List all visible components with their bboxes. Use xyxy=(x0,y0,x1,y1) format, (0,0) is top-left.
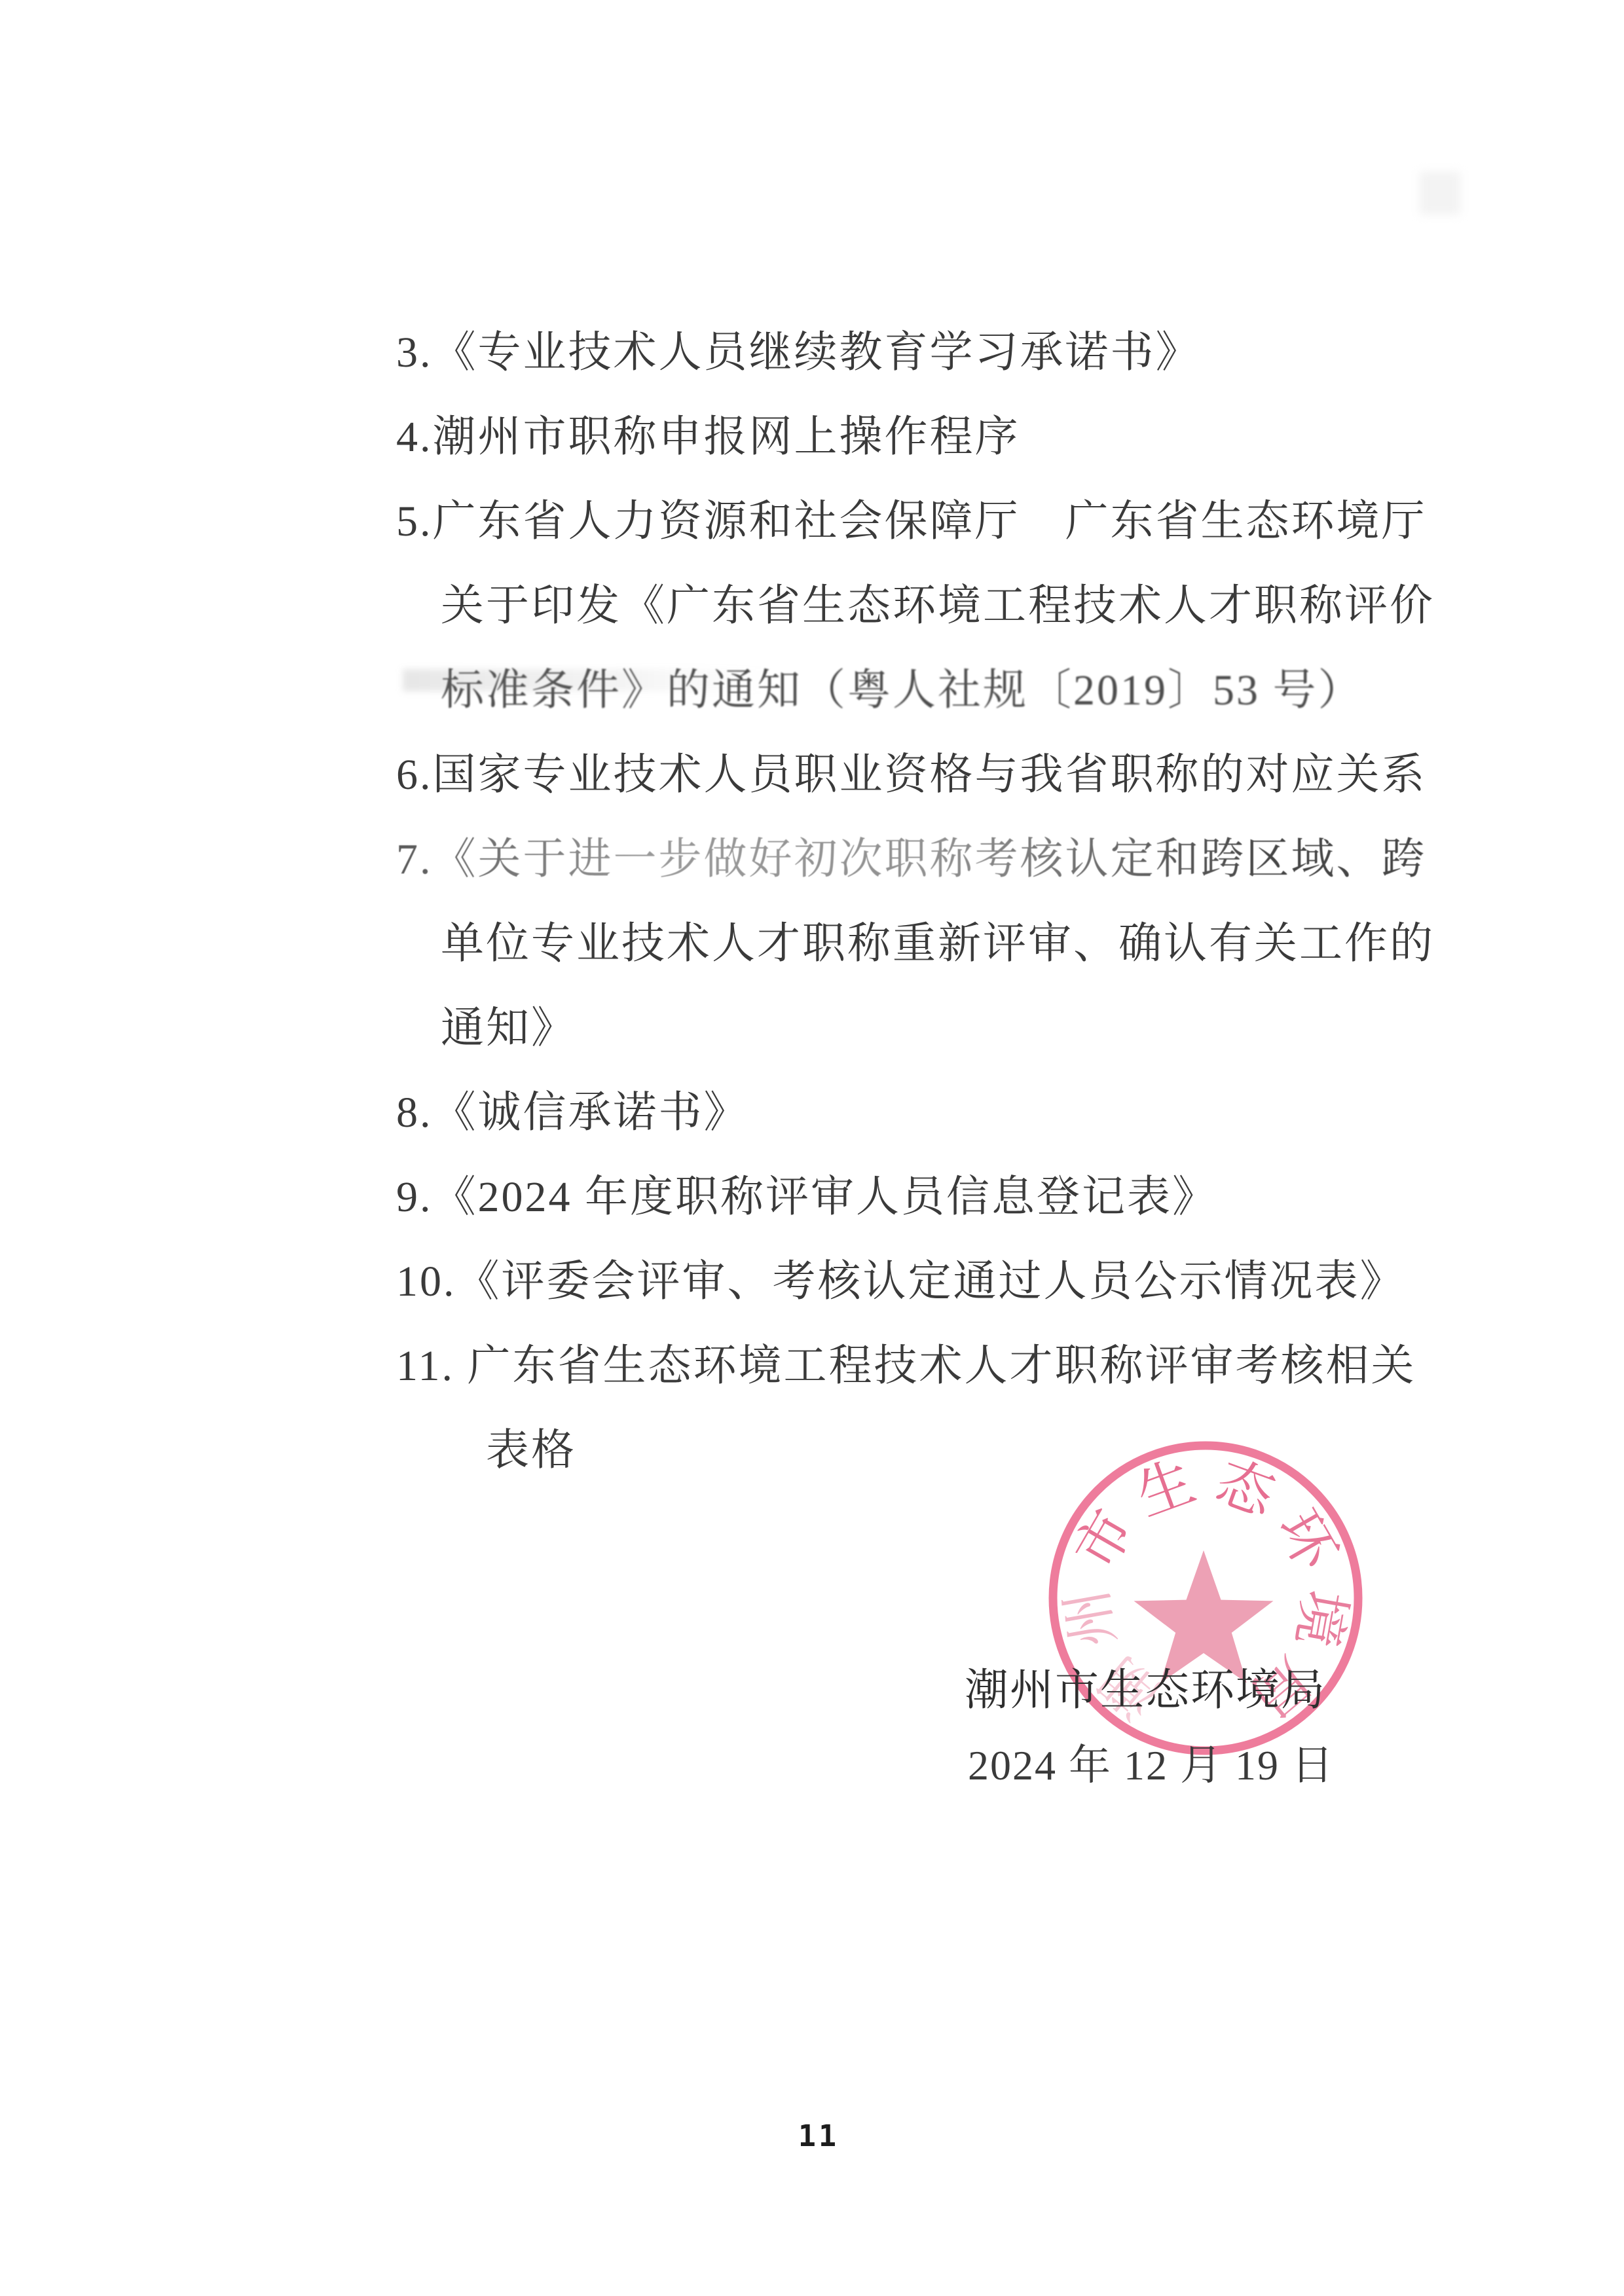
signature-org: 潮州市生态环境局 xyxy=(965,1655,1326,1718)
list-line: 3.《专业技术人员继续教育学习承诺书》 xyxy=(0,310,1624,395)
list-line: 标准条件》的通知（粤人社规〔2019〕53 号） xyxy=(0,648,1624,733)
list-line: 通知》 xyxy=(0,986,1624,1070)
attachment-list: 3.《专业技术人员继续教育学习承诺书》 4.潮州市职称申报网上操作程序 5.广东… xyxy=(0,310,1624,1493)
list-line: 10.《评委会评审、考核认定通过人员公示情况表》 xyxy=(0,1239,1624,1324)
list-line: 关于印发《广东省生态环境工程技术人才职称评价 xyxy=(0,564,1624,648)
list-line: 表格 xyxy=(0,1408,1624,1493)
seal-char: 州 xyxy=(1055,1585,1126,1651)
list-line: 单位专业技术人才职称重新评审、确认有关工作的 xyxy=(0,902,1624,986)
list-line: 6.国家专业技术人员职业资格与我省职称的对应关系 xyxy=(0,733,1624,817)
seal-char: 境 xyxy=(1285,1585,1356,1651)
document-page: 3.《专业技术人员继续教育学习承诺书》 4.潮州市职称申报网上操作程序 5.广东… xyxy=(0,0,1624,2296)
signature-date: 2024 年 12 月 19 日 xyxy=(968,1732,1335,1792)
list-line: 11. 广东省生态环境工程技术人才职称评审考核相关 xyxy=(0,1324,1624,1408)
scan-smudge xyxy=(1420,172,1460,215)
page-number: 11 xyxy=(773,2119,864,2153)
scan-streak xyxy=(403,669,769,691)
list-line: 5.广东省人力资源和社会保障厅 广东省生态环境厅 xyxy=(0,479,1624,564)
list-line: 9.《2024 年度职称评审人员信息登记表》 xyxy=(0,1155,1624,1239)
list-line: 7.《关于进一步做好初次职称考核认定和跨区域、跨 xyxy=(0,817,1624,902)
list-line: 8.《诚信承诺书》 xyxy=(0,1070,1624,1155)
list-line: 4.潮州市职称申报网上操作程序 xyxy=(0,395,1624,479)
